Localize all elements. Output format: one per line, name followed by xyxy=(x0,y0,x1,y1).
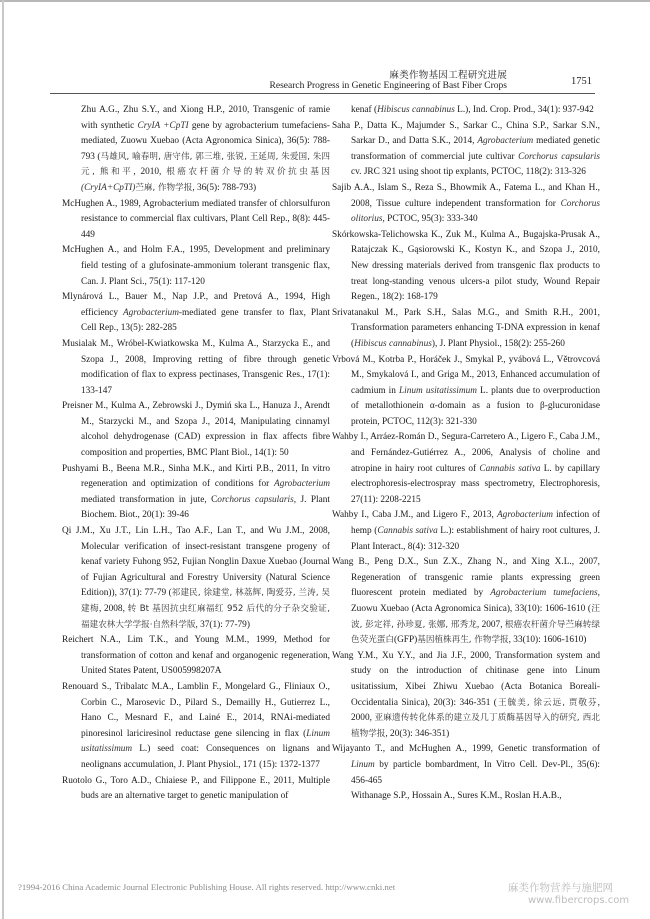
reference-entry: McHughen A., and Holm F.A., 1995, Develo… xyxy=(62,243,330,290)
reference-entry: Srivatanakul M., Park S.H., Salas M.G., … xyxy=(332,306,600,353)
references-left-column: Zhu A.G., Zhu S.Y., and Xiong H.P., 2010… xyxy=(62,103,330,805)
chinese-text: 苎麻, 作物学报 xyxy=(135,183,192,193)
italic-term: Cannabis sativa xyxy=(479,464,540,474)
reference-text: Wijayanto T., and McHughen A., 1999, Gen… xyxy=(332,744,600,754)
reference-text: , 37(1): 77-79) xyxy=(195,620,249,630)
reference-text: Skórkowska-Telichowska K., Zuk M., Kulma… xyxy=(332,230,600,302)
reference-entry: Wang Y.M., Xu Y.Y., and Jia J.F., 2000, … xyxy=(332,649,600,743)
reference-entry: Preisner M., Kulma A., Zebrowski J., Dym… xyxy=(62,399,330,461)
italic-term: Agrobacterium xyxy=(274,479,330,489)
reference-text: Withanage S.P., Hossain A., Sures K.M., … xyxy=(351,791,562,801)
italic-term: orchorus capsularis xyxy=(217,495,293,505)
italic-term: Hibiscus cannabinus xyxy=(354,339,432,349)
reference-entry: Musialak M., Wróbel-Kwiatkowska M., Kulm… xyxy=(62,337,330,399)
reference-entry: Reichert N.A., Lim T.K., and Young M.M.,… xyxy=(62,633,330,680)
reference-text: Preisner M., Kulma A., Zebrowski J., Dym… xyxy=(62,401,330,458)
page-left-edge xyxy=(2,0,4,919)
reference-entry: Sajib A.A., Islam S., Reza S., Bhowmik A… xyxy=(332,181,600,228)
reference-entry: Mlynárová L., Bauer M., Nap J.P., and Pr… xyxy=(62,290,330,337)
italic-term: Linum xyxy=(351,760,375,770)
reference-entry: Wijayanto T., and McHughen A., 1999, Gen… xyxy=(332,742,600,789)
reference-text: (GFP) xyxy=(394,635,417,645)
header-divider xyxy=(50,93,595,94)
running-header: 麻类作物基因工程研究进展 Research Progress in Geneti… xyxy=(50,0,595,94)
italic-term: Linum usitatissimum xyxy=(399,386,477,396)
copyright-footer: ?1994-2016 China Academic Journal Electr… xyxy=(18,882,395,892)
reference-entry: Saha P., Datta K., Majumder S., Sarkar C… xyxy=(332,119,600,181)
reference-entry: Wahby I., Caba J.M., and Ligero F., 2013… xyxy=(332,508,600,555)
italic-term: CryIA +CpTI xyxy=(138,121,189,131)
italic-term: Agrobacterium xyxy=(477,136,533,146)
watermark-site-name: 麻类作物营养与施肥网 xyxy=(508,880,613,895)
reference-text: McHughen A., 1989, Agrobacterium mediate… xyxy=(62,199,330,240)
reference-text: , 2007, xyxy=(477,620,505,630)
reference-entry: Pushyami B., Beena M.R., Sinha M.K., and… xyxy=(62,462,330,524)
references-right-column: kenaf (Hibiscus cannabinus L.), Ind. Cro… xyxy=(332,103,600,805)
reference-text: L.), Ind. Crop. Prod., 34(1): 937-942 xyxy=(455,105,594,115)
reference-text: , PCTOC, 95(3): 333-340 xyxy=(383,214,478,224)
reference-text: , 33(10): 1606-1610) xyxy=(509,635,587,645)
chinese-text: 基因植株再生, 作物学报 xyxy=(417,635,508,645)
reference-text: , 36(5): 788-793) xyxy=(192,183,256,193)
header-title-english: Research Progress in Genetic Engineering… xyxy=(270,81,507,91)
reference-text: Ruotolo G., Toro A.D., Chiaiese P., and … xyxy=(62,776,330,802)
italic-term: Agrobacterium tumefaciens xyxy=(490,588,597,598)
reference-entry: Skórkowska-Telichowska K., Zuk M., Kulma… xyxy=(332,228,600,306)
reference-entry: Qi J.M., Xu J.T., Lin L.H., Tao A.F., La… xyxy=(62,524,330,633)
italic-term: (CryIA+CpTI) xyxy=(81,183,135,193)
watermark-url: www.fibercrops.com xyxy=(528,895,629,906)
reference-entry: Ruotolo G., Toro A.D., Chiaiese P., and … xyxy=(62,774,330,805)
reference-text: cv. JRC 321 using shoot tip explants, PC… xyxy=(351,167,586,177)
chinese-text: 根癌农杆菌介导的转双价抗虫基因 xyxy=(166,167,330,177)
reference-text: mediated transformation in jute, C xyxy=(81,495,217,505)
reference-text: Musialak M., Wróbel-Kwiatkowska M., Kulm… xyxy=(62,339,330,396)
reference-text: by particle bombardment, In Vitro Cell. … xyxy=(351,760,600,786)
reference-entry: Zhu A.G., Zhu S.Y., and Xiong H.P., 2010… xyxy=(62,103,330,197)
reference-text: , 2008, xyxy=(99,604,128,614)
reference-text: McHughen A., and Holm F.A., 1995, Develo… xyxy=(62,245,330,286)
italic-term: Hibiscus cannabinus xyxy=(377,105,455,115)
italic-term: Agrobacterium xyxy=(123,308,179,318)
italic-term: Corchorus capsularis xyxy=(518,152,600,162)
reference-text: , 2010, xyxy=(133,167,166,177)
chinese-text: 王毓美, 徐云远, 贾敬芬 xyxy=(497,698,598,708)
reference-text: kenaf ( xyxy=(351,105,377,115)
reference-entry: Wahby I., Arráez-Román D., Segura-Carret… xyxy=(332,430,600,508)
italic-term: Agrobacterium xyxy=(497,510,553,520)
reference-entry: Wang B., Peng D.X., Sun Z.X., Zhang N., … xyxy=(332,555,600,649)
reference-text: Wahby I., Caba J.M., and Ligero F., 2013… xyxy=(332,510,497,520)
reference-entry: Renouard S., Tribalatc M.A., Lamblin F.,… xyxy=(62,680,330,774)
italic-term: Cannabis sativa xyxy=(377,526,437,536)
reference-entry: McHughen A., 1989, Agrobacterium mediate… xyxy=(62,197,330,244)
reference-text: ), J. Plant Physiol., 158(2): 255-260 xyxy=(432,339,565,349)
reference-entry: Vrbová M., Kotrba P., Horáček J., Smykal… xyxy=(332,353,600,431)
reference-entry: Withanage S.P., Hossain A., Sures K.M., … xyxy=(332,789,600,805)
reference-text: Reichert N.A., Lim T.K., and Young M.M.,… xyxy=(62,635,330,676)
page-number: 1751 xyxy=(571,76,592,87)
header-title-chinese: 麻类作物基因工程研究进展 xyxy=(389,67,507,81)
reference-text: , 20(3): 346-351) xyxy=(385,729,449,739)
reference-entry: kenaf (Hibiscus cannabinus L.), Ind. Cro… xyxy=(332,103,600,119)
reference-text: Renouard S., Tribalatc M.A., Lamblin F.,… xyxy=(62,682,330,739)
